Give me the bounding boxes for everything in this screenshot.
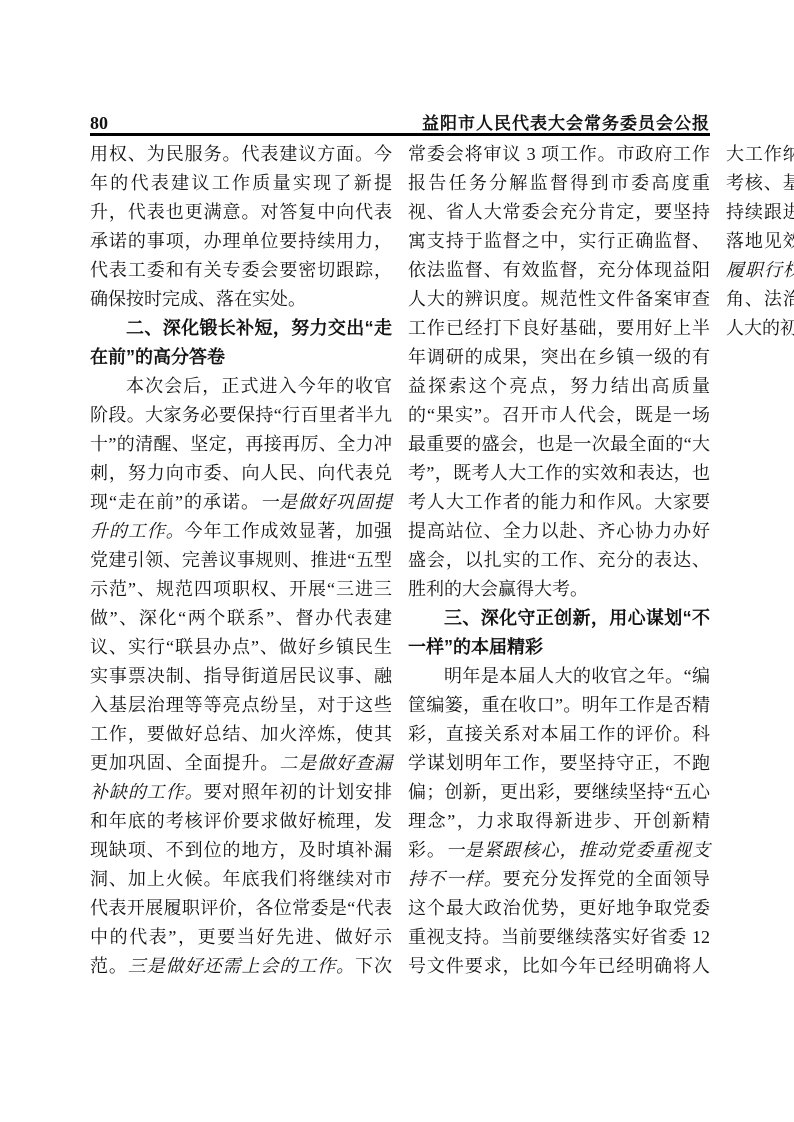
- document-page: 80 益阳市人民代表大会常务委员会公报 用权、为民服务。代表建议方面。今年的代表…: [0, 0, 794, 1122]
- body-text: 用权、为民服务。代表建议方面。今年的代表建议工作质量实现了新提升，代表也更满意。…: [90, 144, 392, 309]
- body-text: 今年工作成效显著，加强党建引领、完善议事规则、推进“五型示范”、规范四项职权、开…: [90, 521, 392, 773]
- body-text: 明年是本届人大的收官之年。“编筐编篓，重在收口”。明年工作是否精彩，直接关系对本…: [408, 666, 710, 860]
- body-text: 三、深化守正创新，用心谋划“不一样”的本届精彩: [408, 608, 710, 657]
- text-columns: 用权、为民服务。代表建议方面。今年的代表建议工作质量实现了新提升，代表也更满意。…: [90, 140, 710, 985]
- header-rule: [90, 133, 710, 136]
- body-text: 二、深化锻长补短，努力交出“走在前”的高分答卷: [90, 318, 392, 367]
- header-title: 益阳市人民代表大会常务委员会公报: [422, 115, 710, 132]
- page-number: 80: [90, 114, 108, 132]
- section-heading: 三、深化守正创新，用心谋划“不一样”的本届精彩: [408, 604, 710, 662]
- body-text: 要对照年初的计划安排和年底的考核评价要求做好梳理，发现缺项、不到位的地方，及时填…: [90, 782, 392, 976]
- paragraph: 用权、为民服务。代表建议方面。今年的代表建议工作质量实现了新提升，代表也更满意。…: [90, 140, 392, 314]
- section-heading: 二、深化锻长补短，努力交出“走在前”的高分答卷: [90, 314, 392, 372]
- page-header: 80 益阳市人民代表大会常务委员会公报: [90, 108, 710, 132]
- emphasis-kai-text: 三是做好还需上会的工作。: [128, 956, 355, 976]
